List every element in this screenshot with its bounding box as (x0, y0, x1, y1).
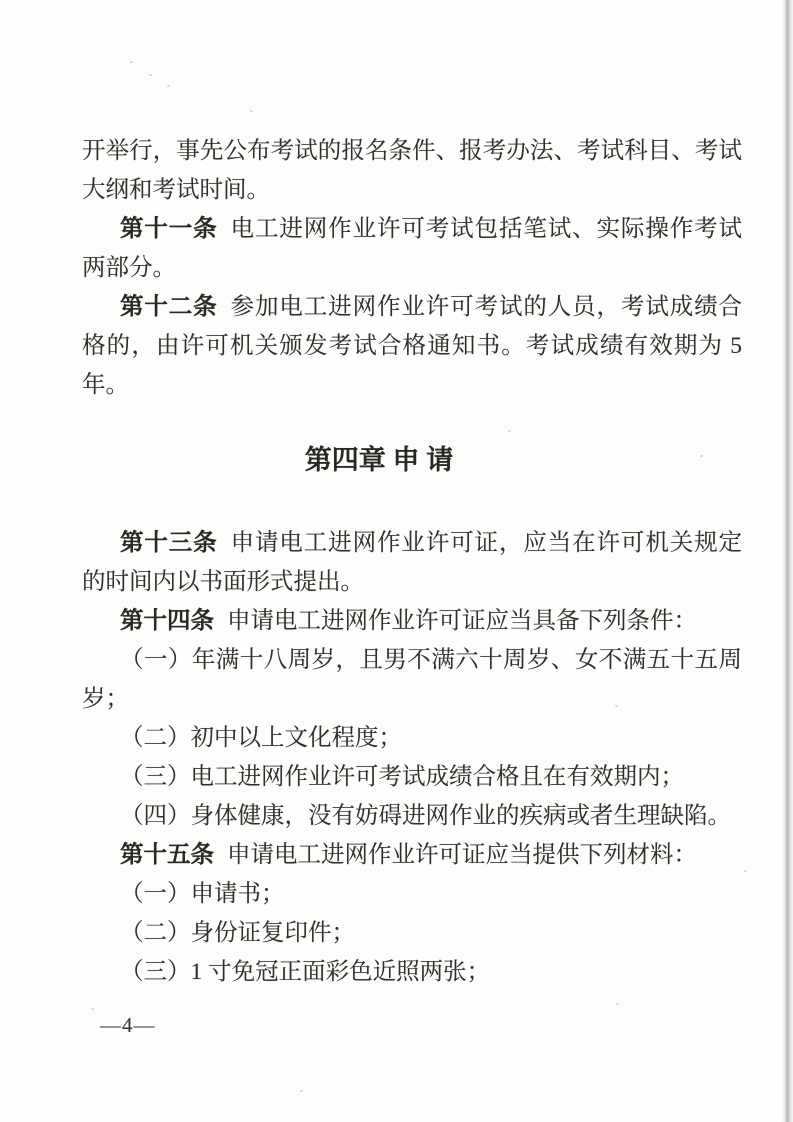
article-14: 第十四条申请电工进网作业许可证应当具备下列条件： (82, 602, 742, 641)
material-item-3: （三）1 寸免冠正面彩色近照两张； (82, 953, 742, 992)
article-text: （四）身体健康，没有妨碍进网作业的疾病或者生理缺陷。 (120, 803, 731, 829)
article-text: （一）年满十八周岁，且男不满六十周岁、女不满五十五周岁； (82, 647, 742, 712)
scan-speckle (130, 61, 133, 63)
scan-speckle (91, 1008, 94, 1010)
condition-item-4: （四）身体健康，没有妨碍进网作业的疾病或者生理缺陷。 (82, 797, 742, 836)
article-11: 第十一条电工进网作业许可考试包括笔试、实际操作考试两部分。 (82, 210, 742, 288)
material-item-2: （二）身份证复印件； (82, 914, 742, 953)
scan-speckle (167, 85, 170, 87)
scan-speckle (744, 870, 747, 872)
condition-item-3: （三）电工进网作业许可考试成绩合格且在有效期内； (82, 758, 742, 797)
material-item-1: （一）申请书； (82, 875, 742, 914)
scan-speckle (300, 1090, 303, 1092)
article-text: （二）初中以上文化程度； (120, 725, 402, 751)
para-continuation: 开举行，事先公布考试的报名条件、报考办法、考试科目、考试大纲和考试时间。 (82, 132, 742, 210)
condition-item-2: （二）初中以上文化程度； (82, 719, 742, 758)
article-label: 第十三条 (120, 530, 218, 556)
article-text: （二）身份证复印件； (120, 920, 355, 946)
scanned-document-page: 开举行，事先公布考试的报名条件、报考办法、考试科目、考试大纲和考试时间。 第十一… (0, 0, 793, 1122)
chapter-4-heading: 第四章 申 请 (49, 441, 709, 480)
condition-item-1: （一）年满十八周岁，且男不满六十周岁、女不满五十五周岁； (82, 641, 742, 719)
article-13: 第十三条申请电工进网作业许可证，应当在许可机关规定的时间内以书面形式提出。 (82, 524, 742, 602)
article-text: 申请电工进网作业许可证应当提供下列材料： (227, 842, 697, 868)
scan-speckle (452, 221, 455, 223)
page-number: —4— (100, 1012, 156, 1038)
article-text: 开举行，事先公布考试的报名条件、报考办法、考试科目、考试大纲和考试时间。 (82, 138, 742, 203)
article-text: 申请电工进网作业许可证应当具备下列条件： (227, 608, 697, 634)
article-text: （一）申请书； (120, 881, 285, 907)
article-text: （三）电工进网作业许可考试成绩合格且在有效期内； (120, 764, 684, 790)
scan-speckle (250, 110, 253, 112)
article-15: 第十五条申请电工进网作业许可证应当提供下列材料： (82, 836, 742, 875)
article-label: 第十二条 (120, 294, 218, 320)
scan-speckle (616, 1003, 619, 1005)
scan-speckle (700, 455, 703, 457)
scan-edge-shadow (781, 0, 793, 1122)
scan-speckle (615, 705, 618, 707)
article-label: 第十四条 (120, 608, 214, 634)
article-label: 第十一条 (120, 216, 218, 242)
article-label: 第十五条 (120, 842, 214, 868)
scan-speckle (149, 74, 152, 76)
document-body: 开举行，事先公布考试的报名条件、报考办法、考试科目、考试大纲和考试时间。 第十一… (82, 132, 742, 992)
article-12: 第十二条参加电工进网作业许可考试的人员，考试成绩合格的，由许可机关颁发考试合格通… (82, 288, 742, 405)
article-text: （三）1 寸免冠正面彩色近照两张； (120, 959, 490, 985)
scan-speckle (508, 430, 511, 432)
